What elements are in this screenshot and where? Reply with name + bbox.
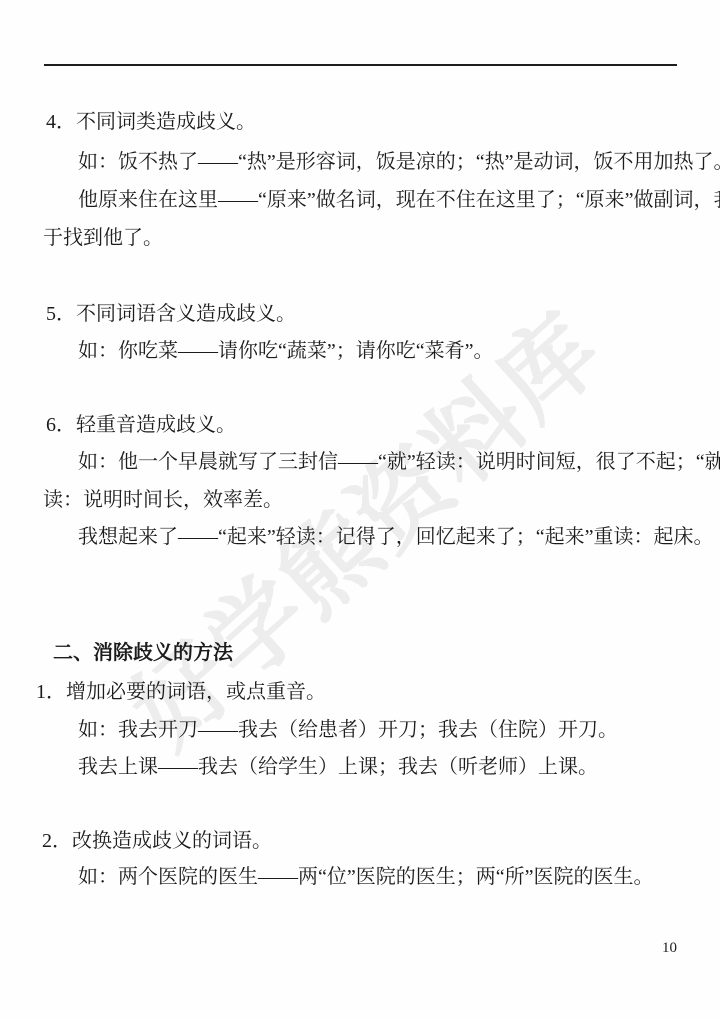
method-1-example-2: 我去上课——我去（给学生）上课；我去（听老师）上课。 (78, 756, 598, 778)
item-6-example-1-line-2: 读：说明时间长，效率差。 (43, 489, 283, 511)
item-6-example-1-line-1: 如：他一个早晨就写了三封信——“就”轻读：说明时间短，很了不起；“就”重 (78, 451, 720, 473)
item-5-heading: 5．不同词语含义造成歧义。 (46, 303, 296, 325)
item-4-example-2-line-1: 他原来住在这里——“原来”做名词，现在不住在这里了；“原来”做副词，我终 (78, 189, 720, 211)
method-1-heading: 1．增加必要的词语，或点重音。 (36, 681, 326, 703)
header-divider (44, 64, 677, 66)
item-6-heading: 6．轻重音造成歧义。 (46, 414, 236, 436)
item-4-example-1: 如：饭不热了——“热”是形容词，饭是凉的；“热”是动词，饭不用加热了。 (78, 151, 720, 173)
document-page: 好学熊资料库 4．不同词类造成歧义。 如：饭不热了——“热”是形容词，饭是凉的；… (0, 0, 720, 1018)
item-5-example: 如：你吃菜——请你吃“蔬菜”；请你吃“菜肴”。 (78, 340, 494, 362)
item-4-example-2-line-2: 于找到他了。 (43, 227, 163, 249)
method-2-heading: 2．改换造成歧义的词语。 (42, 830, 272, 852)
method-1-example-1: 如：我去开刀——我去（给患者）开刀；我去（住院）开刀。 (78, 719, 618, 741)
item-4-heading: 4．不同词类造成歧义。 (46, 111, 256, 133)
method-2-example: 如：两个医院的医生——两“位”医院的医生；两“所”医院的医生。 (78, 866, 654, 888)
item-6-example-2: 我想起来了——“起来”轻读：记得了，回忆起来了；“起来”重读：起床。 (78, 526, 714, 548)
page-number: 10 (662, 940, 677, 956)
section-2-heading: 二、消除歧义的方法 (53, 642, 233, 664)
